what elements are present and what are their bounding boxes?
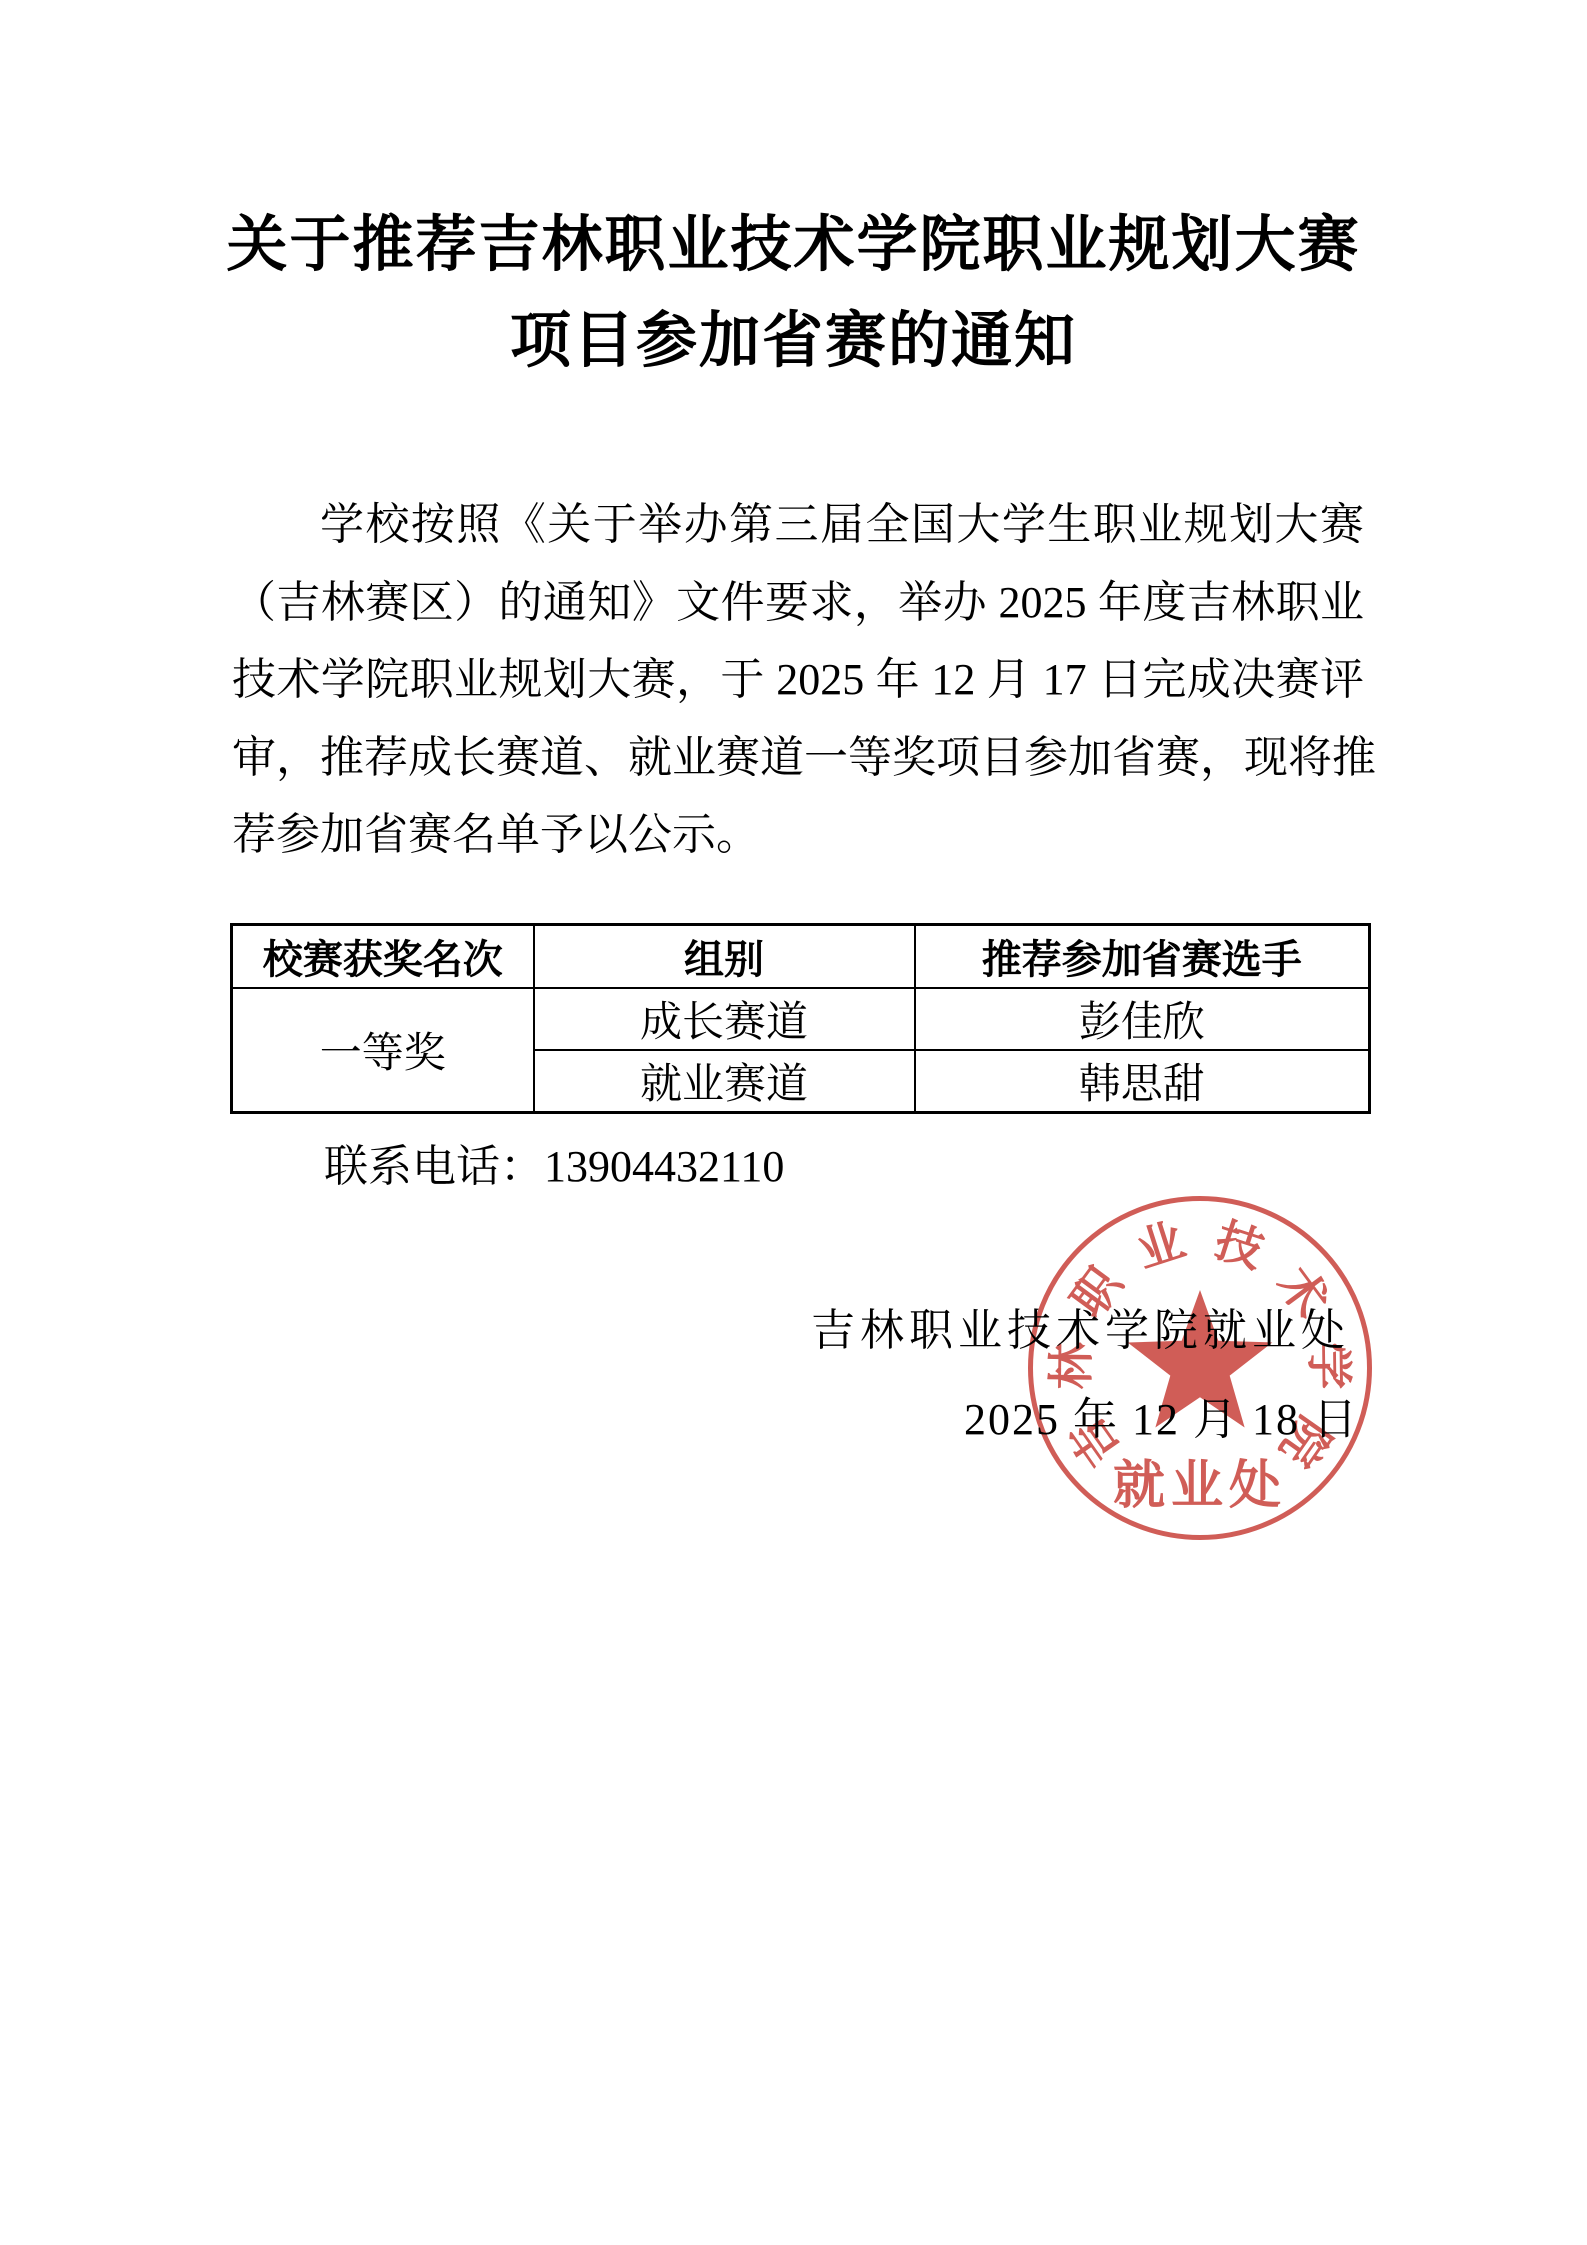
document-title-line1: 关于推荐吉林职业技术学院职业规划大赛 [0,198,1587,294]
seal-ring-char: 学 [1303,1343,1351,1391]
document-title-line2: 项目参加省赛的通知 [0,294,1587,390]
contestant-cell: 彭佳欣 [915,988,1370,1050]
award-table: 校赛获奖名次 组别 推荐参加省赛选手 一等奖 成长赛道 彭佳欣 就业赛道 韩思甜 [230,923,1371,1114]
contestant-cell: 韩思甜 [915,1050,1370,1113]
seal-ring-char: 技 [1209,1218,1268,1277]
seal-ring-char: 林 [1049,1343,1097,1391]
table-header-row: 校赛获奖名次 组别 推荐参加省赛选手 [232,925,1370,989]
body-paragraph: 学校按照《关于举办第三届全国大学生职业规划大赛 （吉林赛区）的通知》文件要求，举… [232,486,1364,874]
header-group: 组别 [534,925,915,989]
star-icon [1120,1286,1280,1446]
paragraph-line: （吉林赛区）的通知》文件要求，举办 2025 年度吉林职业 [232,564,1364,642]
group-cell: 成长赛道 [534,988,915,1050]
table-row: 一等奖 成长赛道 彭佳欣 [232,988,1370,1050]
contact-label: 联系电话： [324,1142,544,1191]
notice-document: 关于推荐吉林职业技术学院职业规划大赛 项目参加省赛的通知 学校按照《关于举办第三… [0,0,1587,2245]
award-rank-cell: 一等奖 [232,988,534,1113]
paragraph-line: 荐参加省赛名单予以公示。 [232,796,1364,874]
header-recommended-player: 推荐参加省赛选手 [915,925,1370,989]
contact-phone: 13904432110 [544,1142,784,1191]
contact-line: 联系电话：13904432110 [232,1128,1364,1205]
header-award-rank: 校赛获奖名次 [232,925,534,989]
seal-ring-char: 业 [1131,1218,1190,1277]
paragraph-line: 审，推荐成长赛道、就业赛道一等奖项目参加省赛，现将推 [232,719,1364,797]
paragraph-line: 学校按照《关于举办第三届全国大学生职业规划大赛 [232,486,1364,564]
group-cell: 就业赛道 [534,1050,915,1113]
official-seal: 吉林职业技术学院 就业处 [1028,1196,1372,1540]
paragraph-line: 技术学院职业规划大赛，于 2025 年 12 月 17 日完成决赛评 [232,641,1364,719]
seal-bottom-text: 就业处 [1033,1443,1367,1518]
